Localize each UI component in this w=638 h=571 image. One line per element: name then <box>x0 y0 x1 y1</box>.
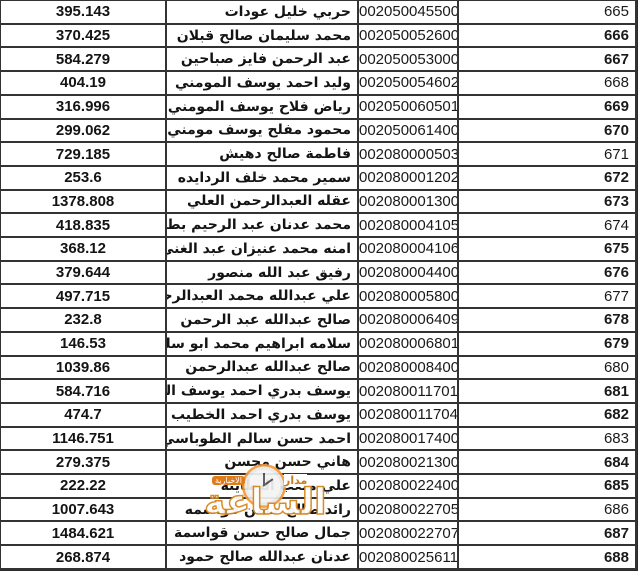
serial-cell: 670 <box>459 120 635 142</box>
table-row: 1378.808عقله العبدالرحمن العلي0020800013… <box>1 191 635 213</box>
serial-cell: 666 <box>459 25 635 47</box>
serial-cell: 687 <box>459 522 635 544</box>
name-cell: علي عبدالله محمد العبدالرحيم <box>167 285 357 307</box>
account-number-cell: 002080025611 <box>359 546 457 568</box>
account-number-cell: 002080005800 <box>359 285 457 307</box>
name-cell: حربي خليل عودات <box>167 1 357 23</box>
name-cell: صالح عبدالله عبدالرحمن <box>167 357 357 379</box>
names-amounts-table: 395.143حربي خليل عودات002050045500665370… <box>0 0 637 570</box>
serial-cell: 665 <box>459 1 635 23</box>
amount-cell: 1378.808 <box>1 191 165 213</box>
table-row: 222.22علي متعب البطاينه002080022400685 <box>1 475 635 497</box>
name-cell: يوسف بدري احمد الخطيب <box>167 404 357 426</box>
name-cell: احمد حسن سالم الطوباسي <box>167 428 357 450</box>
amount-cell: 474.7 <box>1 404 165 426</box>
account-number-cell: 002080000503 <box>359 143 457 165</box>
table-row: 299.062محمود مفلح يوسف مومني002050061400… <box>1 120 635 142</box>
amount-cell: 253.6 <box>1 167 165 189</box>
account-number-cell: 002080006801 <box>359 333 457 355</box>
serial-cell: 676 <box>459 262 635 284</box>
amount-cell: 497.715 <box>1 285 165 307</box>
account-number-cell: 002080021300 <box>359 451 457 473</box>
amount-cell: 584.716 <box>1 380 165 402</box>
amount-cell: 1484.621 <box>1 522 165 544</box>
amount-cell: 368.12 <box>1 238 165 260</box>
amount-cell: 1007.643 <box>1 499 165 521</box>
table-row: 584.279عبد الرحمن فايز صباحين00205005300… <box>1 48 635 70</box>
amount-cell: 146.53 <box>1 333 165 355</box>
name-cell: سلامه ابراهيم محمد ابو سليم <box>167 333 357 355</box>
serial-cell: 673 <box>459 191 635 213</box>
name-cell: صالح عبدالله عبد الرحمن <box>167 309 357 331</box>
name-cell: محمد سليمان صالح قبلان <box>167 25 357 47</box>
account-number-cell: 002050054602 <box>359 72 457 94</box>
account-number-cell: 002050061400 <box>359 120 457 142</box>
table-row: 146.53سلامه ابراهيم محمد ابو سليم0020800… <box>1 333 635 355</box>
name-cell: يوسف بدري احمد يوسف الخطيب <box>167 380 357 402</box>
name-cell: عبد الرحمن فايز صباحين <box>167 48 357 70</box>
amount-cell: 316.996 <box>1 96 165 118</box>
table-row: 395.143حربي خليل عودات002050045500665 <box>1 1 635 23</box>
account-number-cell: 002080006409 <box>359 309 457 331</box>
table-row: 418.835محمد عدنان عبد الرحيم بطاينه00208… <box>1 214 635 236</box>
serial-cell: 678 <box>459 309 635 331</box>
name-cell: محمود مفلح يوسف مومني <box>167 120 357 142</box>
serial-cell: 677 <box>459 285 635 307</box>
table-row: 368.12امنه محمد عنيزان عبد الغني00208000… <box>1 238 635 260</box>
serial-cell: 669 <box>459 96 635 118</box>
table-row: 379.644رفيق عبد الله منصور00208000440067… <box>1 262 635 284</box>
name-cell: سمير محمد خلف الردايده <box>167 167 357 189</box>
serial-cell: 688 <box>459 546 635 568</box>
name-cell: محمد عدنان عبد الرحيم بطاينه <box>167 214 357 236</box>
name-cell: رياض فلاح يوسف المومني <box>167 96 357 118</box>
account-number-cell: 002080004400 <box>359 262 457 284</box>
account-number-cell: 002080001202 <box>359 167 457 189</box>
account-number-cell: 002080022705 <box>359 499 457 521</box>
amount-cell: 222.22 <box>1 475 165 497</box>
serial-cell: 668 <box>459 72 635 94</box>
table-row: 729.185فاطمة صالح دهيش002080000503671 <box>1 143 635 165</box>
name-cell: وليد احمد يوسف المومني <box>167 72 357 94</box>
table-row: 253.6سمير محمد خلف الردايده0020800012026… <box>1 167 635 189</box>
table-row: 268.874عدنان عبدالله صالح حمود0020800256… <box>1 546 635 568</box>
amount-cell: 299.062 <box>1 120 165 142</box>
amount-cell: 279.375 <box>1 451 165 473</box>
table-row: 1484.621جمال صالح حسن قواسمة002080022707… <box>1 522 635 544</box>
table-row: 279.375هاني حسن محسن002080021300684 <box>1 451 635 473</box>
amount-cell: 404.19 <box>1 72 165 94</box>
table-row: 497.715علي عبدالله محمد العبدالرحيم00208… <box>1 285 635 307</box>
table-row: 404.19وليد احمد يوسف المومني002050054602… <box>1 72 635 94</box>
serial-cell: 686 <box>459 499 635 521</box>
amount-cell: 395.143 <box>1 1 165 23</box>
amount-cell: 370.425 <box>1 25 165 47</box>
serial-cell: 671 <box>459 143 635 165</box>
table-body: 395.143حربي خليل عودات002050045500665370… <box>1 1 635 568</box>
table-row: 370.425محمد سليمان صالح قبلان00205005260… <box>1 25 635 47</box>
account-number-cell: 002080022707 <box>359 522 457 544</box>
name-cell: علي متعب البطاينه <box>167 475 357 497</box>
serial-cell: 684 <box>459 451 635 473</box>
table-row: 1146.751احمد حسن سالم الطوباسي0020800174… <box>1 428 635 450</box>
document-sheet: 395.143حربي خليل عودات002050045500665370… <box>0 0 638 571</box>
amount-cell: 584.279 <box>1 48 165 70</box>
amount-cell: 418.835 <box>1 214 165 236</box>
amount-cell: 268.874 <box>1 546 165 568</box>
account-number-cell: 002050053000 <box>359 48 457 70</box>
serial-cell: 674 <box>459 214 635 236</box>
amount-cell: 232.8 <box>1 309 165 331</box>
serial-cell: 683 <box>459 428 635 450</box>
serial-cell: 685 <box>459 475 635 497</box>
amount-cell: 729.185 <box>1 143 165 165</box>
account-number-cell: 002080004106 <box>359 238 457 260</box>
serial-cell: 682 <box>459 404 635 426</box>
table-row: 1007.643رائد صالح حسن قواسمه002080022705… <box>1 499 635 521</box>
serial-cell: 680 <box>459 357 635 379</box>
name-cell: عدنان عبدالله صالح حمود <box>167 546 357 568</box>
serial-cell: 675 <box>459 238 635 260</box>
name-cell: فاطمة صالح دهيش <box>167 143 357 165</box>
account-number-cell: 002080011704 <box>359 404 457 426</box>
name-cell: امنه محمد عنيزان عبد الغني <box>167 238 357 260</box>
name-cell: عقله العبدالرحمن العلي <box>167 191 357 213</box>
name-cell: رائد صالح حسن قواسمه <box>167 499 357 521</box>
amount-cell: 379.644 <box>1 262 165 284</box>
account-number-cell: 002080008400 <box>359 357 457 379</box>
table-row: 232.8صالح عبدالله عبد الرحمن002080006409… <box>1 309 635 331</box>
account-number-cell: 002050045500 <box>359 1 457 23</box>
account-number-cell: 002080004105 <box>359 214 457 236</box>
account-number-cell: 002050052600 <box>359 25 457 47</box>
serial-cell: 679 <box>459 333 635 355</box>
table-row: 584.716يوسف بدري احمد يوسف الخطيب0020800… <box>1 380 635 402</box>
account-number-cell: 002080001300 <box>359 191 457 213</box>
account-number-cell: 002080011701 <box>359 380 457 402</box>
amount-cell: 1039.86 <box>1 357 165 379</box>
table-row: 1039.86صالح عبدالله عبدالرحمن00208000840… <box>1 357 635 379</box>
table-row: 316.996رياض فلاح يوسف المومني00205006050… <box>1 96 635 118</box>
name-cell: رفيق عبد الله منصور <box>167 262 357 284</box>
table-row: 474.7يوسف بدري احمد الخطيب00208001170468… <box>1 404 635 426</box>
amount-cell: 1146.751 <box>1 428 165 450</box>
serial-cell: 667 <box>459 48 635 70</box>
account-number-cell: 002080017400 <box>359 428 457 450</box>
serial-cell: 672 <box>459 167 635 189</box>
name-cell: جمال صالح حسن قواسمة <box>167 522 357 544</box>
account-number-cell: 002050060501 <box>359 96 457 118</box>
name-cell: هاني حسن محسن <box>167 451 357 473</box>
account-number-cell: 002080022400 <box>359 475 457 497</box>
serial-cell: 681 <box>459 380 635 402</box>
